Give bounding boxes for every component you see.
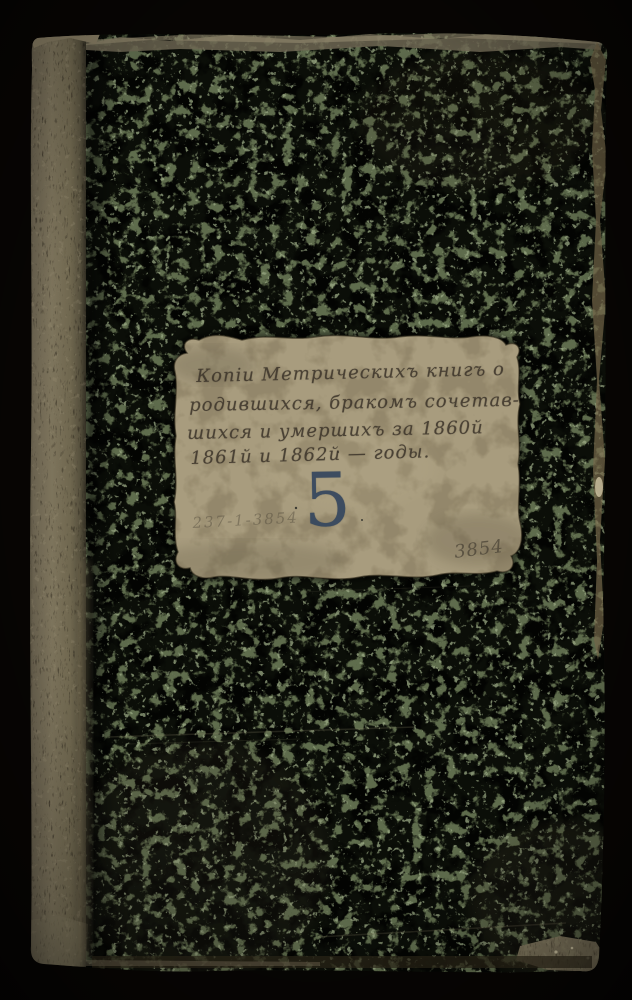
photo-vignette <box>0 0 632 1000</box>
book-cover-photo <box>0 0 632 1000</box>
photo-background: Копіи Метрическихъ книгъ о родившихся, б… <box>0 0 632 1000</box>
